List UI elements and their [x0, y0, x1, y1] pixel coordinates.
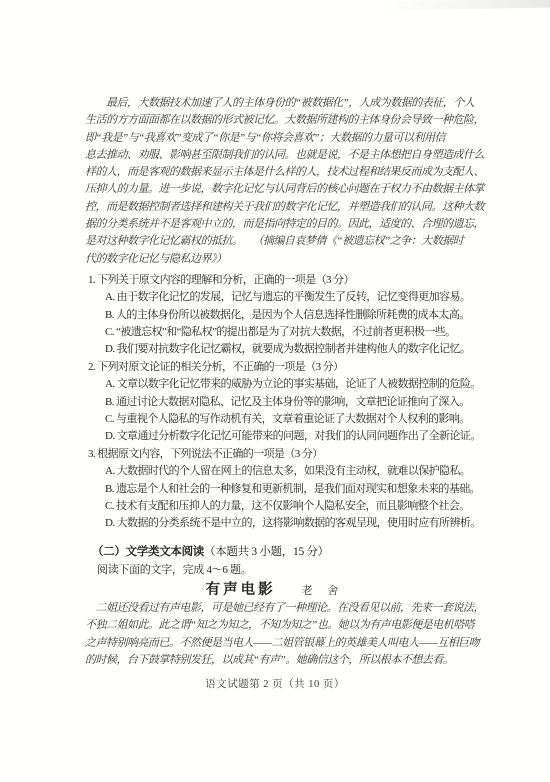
question-1-option-b: B. 人的主体身份所以被数据化，是因为个人信息选择性删除所耗费的成本太高。	[105, 307, 528, 324]
passage-line: 样的人，而是客观的数据来显示主体是什么样的人，技术过程和结果反而成为支配人、	[85, 164, 505, 181]
question-2: 2. 下列对原文论证的相关分析，不正确的一项是（3 分） A. 文章以数字化记忆…	[88, 359, 528, 445]
question-1: 1. 下列关于原文内容的理解和分析，正确的一项是（3 分） A. 由于数字化记忆…	[88, 272, 528, 358]
question-2-option-a: A. 文章以数字化记忆带来的威胁为立论的事实基础，论证了人被数据控制的危险。	[105, 376, 528, 393]
question-2-option-b: B. 通过讨论大数据对隐私、记忆及主体身份等的影响，文章把论证推向了深入。	[105, 394, 528, 411]
question-3-option-a: A. 大数据时代的个人留在网上的信息太多，如果没有主动权，就难以保护隐私。	[105, 463, 528, 480]
question-3: 3. 根据原文内容，下列说法不正确的一项是（3 分） A. 大数据时代的个人留在…	[88, 446, 528, 532]
question-1-options: A. 由于数字化记忆的发展，记忆与遗忘的平衡发生了反转，记忆变得更加容易。 B.…	[105, 289, 528, 358]
page-footer: 语文试题第 2 页（共 10 页）	[0, 676, 550, 691]
question-3-stem: 3. 根据原文内容，下列说法不正确的一项是（3 分）	[88, 446, 528, 463]
passage-1-block: 最后，大数据技术加速了人的主体身份的“被数据化”，人成为数据的表征，个人 生活的…	[85, 95, 505, 268]
section-2-header: （二）文学类文本阅读（本题共 3 小题，15 分）	[92, 543, 329, 559]
story-line: 之声特别响亮而已。不然便是当电人——二姐管银幕上的英雄美人叫电人——互相巨吻	[85, 635, 505, 652]
question-1-stem: 1. 下列关于原文内容的理解和分析，正确的一项是（3 分）	[88, 272, 528, 289]
section-2-instruction: 阅读下面的文字，完成 4～6 题。	[97, 561, 251, 577]
question-1-option-d: D. 我们要对抗数字化记忆霸权，就要成为数据控制者并建构他人的数字化记忆。	[105, 341, 528, 358]
story-line: 二姐还没看过有声电影，可是她已经有了一种理论。在没看见以前，先来一套说法，	[85, 600, 505, 617]
scan-fold-artifact	[380, 0, 550, 10]
story-author: 老 舍	[302, 582, 345, 598]
passage-line: 是对这种数字化记忆霸权的抵抗。 （摘编自袁梦倩《“被遗忘权”之争：大数据时	[85, 233, 505, 250]
section-2-header-points: （本题共 3 小题，15 分）	[204, 546, 329, 558]
passage-line: 生活的方方面面都在以数据的形式被记忆。大数据所建构的主体身份会导致一种危险，	[85, 112, 505, 129]
question-3-option-c: C. 技术有支配和压抑人的力量，这不仅影响个人隐私安全，而且影响整个社会。	[105, 498, 528, 515]
question-3-option-d: D. 大数据的分类系统不是中立的，这将影响数据的客观呈现，使用时应有所辨析。	[105, 515, 528, 532]
question-2-stem: 2. 下列对原文论证的相关分析，不正确的一项是（3 分）	[88, 359, 528, 376]
story-line: 的时候，台下鼓掌特别发狂，以成其“有声”。她确信这个，所以根本不想去看。	[85, 652, 505, 669]
passage-line: 压抑人的力量。进一步说，数字化记忆与认同背后的核心问题在于权力不由数据主体掌	[85, 181, 505, 198]
story-title: 有声电影	[206, 578, 276, 599]
question-3-option-b: B. 遗忘是个人和社会的一种修复和更新机制，是我们面对现实和想象未来的基础。	[105, 481, 528, 498]
question-2-option-d: D. 文章通过分析数字化记忆可能带来的问题，对我们的认同问题作出了全新论证。	[105, 428, 528, 445]
story-passage-block: 二姐还没看过有声电影，可是她已经有了一种理论。在没看见以前，先来一套说法， 不独…	[85, 600, 505, 669]
passage-line: 息去推动、劝服、影响甚至限制我们的认同。也就是说，不是主体想把自身塑造成什么	[85, 147, 505, 164]
section-2-header-title: （二）文学类文本阅读	[92, 546, 204, 558]
passage-line: 控，而是数据控制者选择和建构关于我们的数字化记忆，并塑造我们的认同。这种大数	[85, 199, 505, 216]
question-1-option-c: C. “被遗忘权”和“隐私权”的提出都是为了对抗大数据，不过前者更积极一些。	[105, 324, 528, 341]
story-title-row: 有声电影 老 舍	[0, 578, 550, 599]
question-1-option-a: A. 由于数字化记忆的发展，记忆与遗忘的平衡发生了反转，记忆变得更加容易。	[105, 289, 528, 306]
question-2-options: A. 文章以数字化记忆带来的威胁为立论的事实基础，论证了人被数据控制的危险。 B…	[105, 376, 528, 445]
passage-source-line: 代的数字化记忆与隐私边界》）	[85, 251, 505, 268]
exam-page: 最后，大数据技术加速了人的主体身份的“被数据化”，人成为数据的表征，个人 生活的…	[0, 0, 550, 782]
question-3-options: A. 大数据时代的个人留在网上的信息太多，如果没有主动权，就难以保护隐私。 B.…	[105, 463, 528, 532]
passage-line: 据的分类系统并不是客观中立的，而是指向特定的目的。因此，适度的、合理的遗忘，	[85, 216, 505, 233]
passage-line: 即“我是”与“我喜欢”变成了“你是”与“你将会喜欢”；大数据的力量可以利用信	[85, 130, 505, 147]
story-line: 不独二姐如此。此之谓“知之为知之，不知为知之”也。她以为有声电影便是电机嗒嗒	[85, 617, 505, 634]
passage-line: 最后，大数据技术加速了人的主体身份的“被数据化”，人成为数据的表征，个人	[85, 95, 505, 112]
question-2-option-c: C. 与重视个人隐私的写作动机有关，文章着重论证了大数据对个人权利的影响。	[105, 411, 528, 428]
